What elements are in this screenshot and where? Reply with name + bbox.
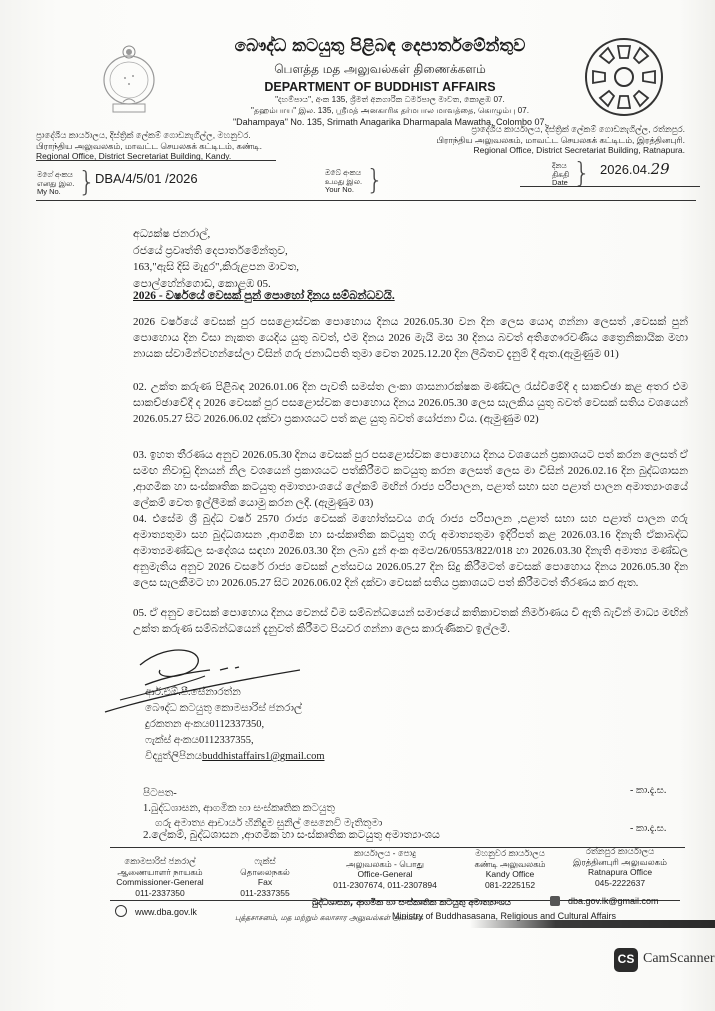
scan-edge-shadow — [470, 920, 715, 928]
brace-divider: } — [78, 168, 96, 196]
kandy-sinhala: ප්‍රාදේශීය කාර්යාලය, දිස්ත්‍රික් ලේකම් ග… — [36, 130, 262, 141]
paragraph-03: 03. ඉහත තීරණය අනුව 2026.05.30 දිනය වෙසක්… — [133, 447, 688, 511]
globe-icon — [115, 905, 127, 917]
paragraph-04: 04. එසේම ශ්‍රී බුද්ධ වර්ෂ 2570 රාජ්‍ය වෙ… — [133, 511, 688, 591]
signer-fax: ෆැක්ස් අංකය0112337355, — [145, 733, 325, 749]
regional-office-ratnapura: ප්‍රාදේශීය කාර්යාලය, දිස්ත්‍රික් ලේකම් ග… — [395, 124, 685, 156]
copy-to-block: පිටපත- 1.බුද්ධශාසන, ආගමික හා සංස්කෘතික ක… — [143, 786, 382, 831]
ratnapura-sinhala: ප්‍රාදේශීය කාර්යාලය, දිස්ත්‍රික් ලේකම් ග… — [395, 124, 685, 135]
your-no-label: ඔබේ අංකය உமது இல. Your No. — [325, 169, 362, 195]
date-value: 2026.04.29 — [600, 160, 670, 178]
signer-phone: දුරකතන අංකය0112337350, — [145, 717, 325, 733]
footer-email-link[interactable]: dba.gov.lk@gmail.com — [568, 896, 659, 906]
brace-divider: } — [573, 159, 591, 187]
copy-to-item-1: 1.බුද්ධශාසන, ආගමික හා සංස්කෘතික කටයුතු — [143, 801, 382, 816]
reference-divider — [36, 200, 696, 201]
footer-website: www.dba.gov.lk — [115, 905, 197, 917]
address-sinhala: "දහම්පාය", අංක 135, ශ්‍රීමත් අනගාරික ධර්… — [250, 95, 530, 105]
copy-to-tag-1: - කා.දැ.ස. — [630, 785, 666, 796]
scanned-letter-page: බෞද්ධ කටයුතු පිළිබඳ දෙපාර්තමේන්තුව பௌத்த… — [0, 0, 715, 1011]
signer-title: බෞද්ධ කටයුතු කොමසාරිස් ජනරාල් — [145, 701, 325, 717]
ratnapura-english: Regional Office, District Secretariat Bu… — [395, 145, 685, 156]
kandy-tamil: பிராந்திய அலுவலகம், மாவட்ட செயலகக் கட்டி… — [36, 141, 262, 152]
footer-contact-office-general: කාර්යාලය - පොදු அலுவலகம் - பொது Office-G… — [325, 848, 445, 890]
paragraph-01: 2026 වර්ෂයේ වෙසක් පුර පසළොස්වක පොහොය දින… — [133, 314, 688, 362]
camscanner-logo-icon: CS — [614, 948, 638, 972]
signature-block: ආර්.එම්.පී.සේනාරත්න බෞද්ධ කටයුතු කොමසාරි… — [145, 685, 325, 765]
address-tamil: "தஹம்பாய" இல. 135, ஸ்ரீமத் அனகாரிக தர்மப… — [240, 106, 540, 117]
my-no-label: මගේ අංකය எனது இல. My No. — [37, 171, 74, 197]
date-label: දිනය திகதி Date — [552, 162, 569, 188]
signer-name: ආර්.එම්.පී.සේනාරත්න — [145, 685, 325, 701]
footer-contact-ratnapura: රත්නපුර කාර්යාලය இரத்தினபுரி அலுவலகம் Ra… — [565, 846, 675, 888]
sri-lanka-emblem-icon — [93, 42, 165, 114]
signer-email-link[interactable]: buddhistaffairs1@gmail.com — [202, 751, 324, 762]
ratnapura-tamil: பிராந்திய அலுவலகம், மாவட்ட செயலகக் கட்டி… — [395, 135, 685, 146]
website-link[interactable]: www.dba.gov.lk — [135, 907, 197, 917]
dharma-wheel-icon — [583, 36, 665, 118]
signer-email-line: විද්‍යුත්ලිපිනයbuddhistaffairs1@gmail.co… — [145, 749, 325, 765]
header-divider — [36, 160, 276, 161]
camscanner-watermark: CamScanner — [643, 951, 715, 967]
subject-line: 2026 - වර්ෂයේ වෙසක් පුන් පොහෝ දිනය සම්බන… — [133, 290, 395, 303]
my-no-value: DBA/4/5/01 /2026 — [95, 171, 198, 186]
footer-contact-fax: ෆැක්ස් தொலைநகல் Fax 011-2337355 — [225, 856, 305, 898]
addressee-block: අධ්‍යක්ෂ ජනරාල්, රජයේ ප්‍රවෘත්ති දෙපාර්ත… — [133, 226, 299, 292]
handwritten-day: 29 — [651, 160, 670, 178]
copy-to-item-2: 2.ලේකම්, බුද්ධශාසන ,ආගමික හා සංස්කෘතික ක… — [143, 829, 440, 842]
regional-office-kandy: ප්‍රාදේශීය කාර්යාලය, දිස්ත්‍රික් ලේකම් ග… — [36, 130, 262, 162]
footer-email: dba.gov.lk@gmail.com — [550, 896, 659, 906]
brace-divider: } — [366, 166, 384, 194]
mail-icon — [550, 896, 560, 906]
ministry-name-sinhala: බුද්ධශාසන, ආගමික හා සංස්කෘතික කටයුතු අමා… — [312, 898, 511, 908]
department-title-sinhala: බෞද්ධ කටයුතු පිළිබඳ දෙපාර්තමේන්තුව — [230, 36, 530, 56]
date-divider — [520, 186, 700, 187]
paragraph-02: 02. උක්ත කරුණ පිළිබඳ 2026.01.06 දින පැවත… — [133, 379, 688, 427]
department-title-english: DEPARTMENT OF BUDDHIST AFFAIRS — [240, 80, 520, 94]
footer-contact-kandy: මහනුවර කාර්යාලය கண்டி அலுவலகம் Kandy Off… — [460, 848, 560, 890]
copy-to-label: පිටපත- — [143, 786, 382, 801]
paragraph-05: 05. ඒ අනුව වෙසක් පොහොය දිනය වෙනස් වීම සම… — [133, 605, 688, 637]
copy-to-tag-2: - කා.දැ.ස. — [630, 823, 666, 834]
department-title-tamil: பௌத்த மத அலுவல்கள் திணைக்களம் — [250, 62, 510, 78]
footer-contact-commissioner: කොමසාරිස් ජනරාල් ஆணையாளர் நாயகம் Commiss… — [110, 856, 210, 898]
